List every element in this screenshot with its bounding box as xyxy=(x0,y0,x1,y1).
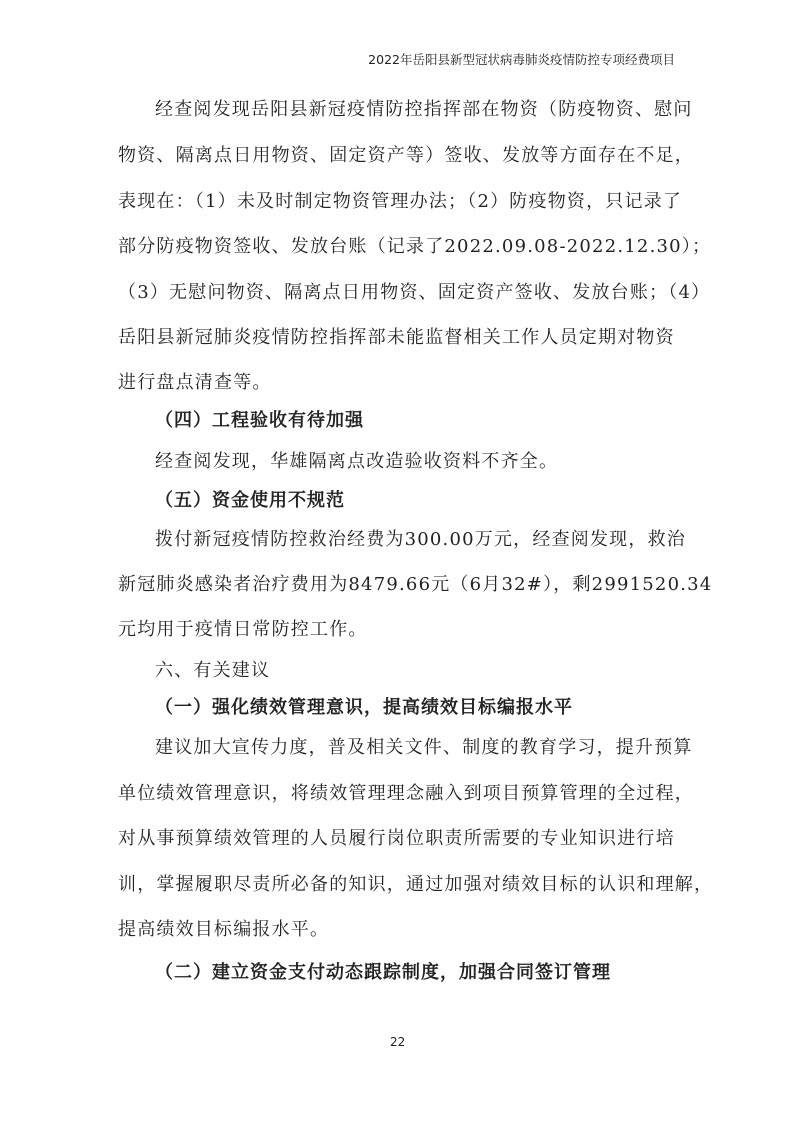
section-heading: （二）建立资金支付动态跟踪制度，加强合同签订管理 xyxy=(155,958,611,984)
paragraph-line: 单位绩效管理意识，将绩效管理理念融入到项目预算管理的全过程， xyxy=(118,779,694,805)
paragraph-line: 训，掌握履职尽责所必备的知识，通过加强对绩效目标的认识和理解， xyxy=(118,870,713,896)
page-header: 2022年岳阳县新型冠状病毒肺炎疫情防控专项经费项目 xyxy=(368,50,675,68)
chapter-heading: 六、有关建议 xyxy=(155,656,270,682)
section-heading: （四）工程验收有待加强 xyxy=(155,406,364,432)
page-number: 22 xyxy=(390,1035,405,1049)
paragraph-line: 建议加大宣传力度，普及相关文件、制度的教育学习，提升预算 xyxy=(155,733,693,759)
paragraph-line: 物资、隔离点日用物资、固定资产等）签收、发放等方面存在不足， xyxy=(118,141,694,167)
paragraph-line: 经查阅发现，华雄隔离点改造验收资料不齐全。 xyxy=(155,447,558,473)
paragraph-line: 进行盘点清查等。 xyxy=(118,368,272,394)
paragraph-line: 部分防疫物资签收、发放台账（记录了2022.09.08-2022.12.30）； xyxy=(118,232,711,258)
paragraph-line: 拨付新冠疫情防控救治经费为300.00万元，经查阅发现，救治 xyxy=(155,525,686,551)
section-heading: （五）资金使用不规范 xyxy=(155,486,345,512)
paragraph-line: （3）无慰问物资、隔离点日用物资、固定资产签收、发放台账；（4） xyxy=(118,278,710,304)
paragraph-line: 提高绩效目标编报水平。 xyxy=(118,915,329,941)
paragraph-line: 对从事预算绩效管理的人员履行岗位职责所需要的专业知识进行培 xyxy=(118,824,675,850)
paragraph-line: 经查阅发现岳阳县新冠疫情防控指挥部在物资（防疫物资、慰问 xyxy=(155,95,693,121)
paragraph-line: 表现在：（1）未及时制定物资管理办法；（2）防疫物资，只记录了 xyxy=(118,187,682,213)
paragraph-line: 元均用于疫情日常防控工作。 xyxy=(118,615,368,641)
paragraph-line: 新冠肺炎感染者治疗费用为8479.66元（6月32#），剩2991520.34 xyxy=(118,570,712,596)
paragraph-line: 岳阳县新冠肺炎疫情防控指挥部未能监督相关工作人员定期对物资 xyxy=(118,323,675,349)
section-heading: （一）强化绩效管理意识，提高绩效目标编报水平 xyxy=(155,693,573,719)
